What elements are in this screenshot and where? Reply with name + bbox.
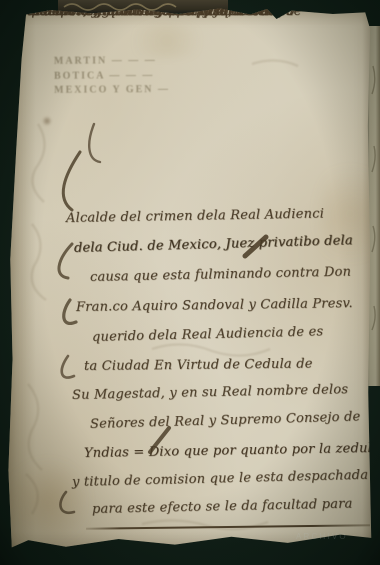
stamp-ghost-line: MEXICO Y GEN — (54, 82, 284, 98)
manuscript-line: causa que esta fulminando contra Don (90, 265, 351, 285)
manuscript-line: Su Magestad, y en su Real nombre delos (72, 382, 349, 403)
manuscript-line: Señores del Real y Supremo Consejo de (90, 409, 361, 432)
stamp-ghost: MARTIN — — — BOTICA — — — MEXICO Y GEN — (54, 53, 284, 98)
manuscript-line: y titulo de comision que le esta despach… (72, 468, 369, 490)
manuscript-photo: MARTIN — — — BOTICA — — — MEXICO Y GEN —… (0, 0, 380, 565)
manuscript-line: dela Ciud. de Mexico, Juez privatibo del… (74, 233, 353, 256)
archive-watermark: ARCHIVO (296, 532, 348, 541)
manuscript-line: Yndias = Dixo que por quanto por la zedu… (84, 441, 380, 461)
stamp-ghost-line: BOTICA — — — (54, 68, 284, 84)
manuscript-line: para este efecto se le da facultad para (92, 497, 353, 517)
manuscript-line: querido dela Real Audiencia de es (92, 324, 324, 345)
ink-underline (86, 524, 370, 529)
manuscript-line: Fran.co Aquiro Sandoval y Cadilla Presv. (76, 296, 353, 315)
manuscript-page: MARTIN — — — BOTICA — — — MEXICO Y GEN —… (2, 4, 378, 559)
paper-stain (6, 456, 90, 548)
paper-stain (42, 116, 52, 126)
stamp-ghost-line: MARTIN — — — (54, 53, 284, 69)
manuscript-line: Alcalde del crimen dela Real Audienci (66, 206, 324, 226)
manuscript-line: ta Ciudad En Virtud de Cedula de (84, 357, 313, 374)
